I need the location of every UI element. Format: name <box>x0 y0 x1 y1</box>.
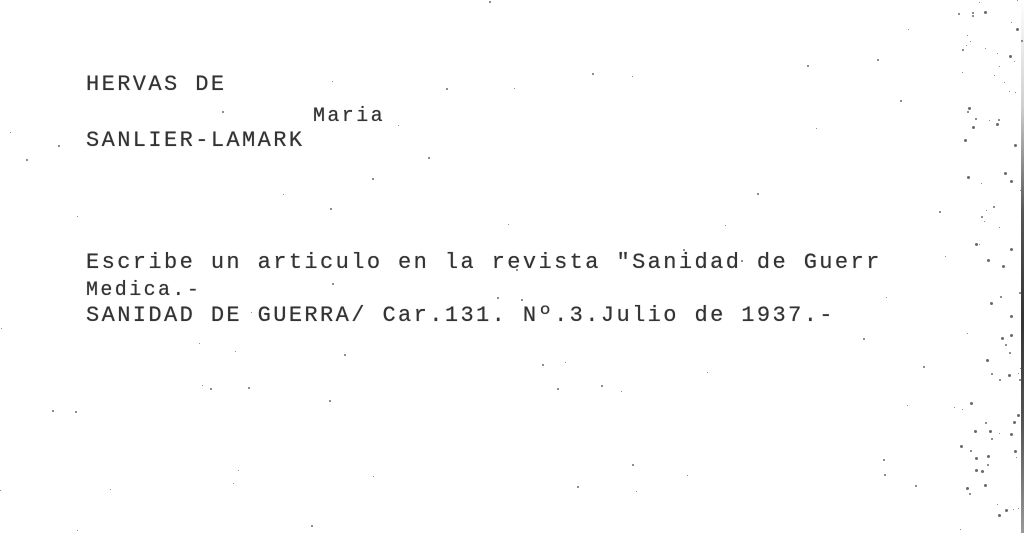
scan-speck <box>994 75 995 76</box>
scan-speck <box>991 373 993 375</box>
scan-speck <box>984 11 987 14</box>
scan-speck <box>621 391 622 392</box>
scan-speck <box>77 216 78 217</box>
scan-speck <box>714 265 715 266</box>
scan-speck <box>311 525 313 527</box>
scan-speck <box>542 364 544 366</box>
scan-speck <box>816 128 817 129</box>
scan-speck <box>632 76 633 77</box>
scan-speck <box>1014 450 1017 453</box>
scan-speck <box>1004 172 1007 175</box>
scan-speck <box>987 464 989 466</box>
scan-speck <box>332 81 333 82</box>
scan-speck <box>984 484 987 487</box>
scan-speck <box>283 194 284 195</box>
entry-line-1: Escribe un articulo en la revista "Sanid… <box>86 252 882 274</box>
scan-speck <box>757 193 759 195</box>
scan-speck <box>998 514 1001 517</box>
scan-speck <box>636 491 637 492</box>
scan-speck <box>954 407 955 408</box>
scan-speck <box>1005 344 1007 346</box>
scan-speck <box>967 35 968 36</box>
scan-speck <box>979 2 980 3</box>
scan-speck <box>1016 28 1019 31</box>
scan-speck <box>1002 265 1005 268</box>
scan-speck <box>967 111 969 113</box>
scan-speck <box>373 476 374 477</box>
scan-speck <box>962 409 963 410</box>
given-name: Maria <box>313 106 385 128</box>
scan-speck <box>497 297 499 299</box>
scan-speck <box>986 359 989 362</box>
scan-speck <box>1 328 2 329</box>
scan-speck <box>997 504 998 505</box>
scan-speck <box>1010 433 1013 436</box>
scan-speck <box>1017 414 1020 417</box>
scan-speck <box>886 297 887 298</box>
scan-speck <box>962 49 964 51</box>
scan-speck <box>981 470 984 473</box>
scan-speck <box>372 178 374 180</box>
scan-speck <box>222 111 224 113</box>
scan-speck <box>990 302 993 305</box>
scan-speck <box>908 29 909 30</box>
scan-speck <box>238 470 239 471</box>
scan-speck <box>601 385 603 387</box>
surname-line-1: HERVAS DE <box>86 74 226 96</box>
scan-speck <box>807 65 809 67</box>
scan-speck <box>970 450 972 452</box>
scan-speck <box>939 211 941 213</box>
scan-speck <box>1011 22 1012 23</box>
scan-speck <box>248 387 250 389</box>
scan-speck <box>985 422 987 424</box>
scan-speck <box>1001 337 1004 340</box>
scan-speck <box>945 256 946 257</box>
scan-speck <box>210 388 212 390</box>
scan-speck <box>907 405 908 406</box>
scan-speck <box>110 489 111 490</box>
scan-speck <box>251 312 252 313</box>
scan-speck <box>966 487 969 490</box>
scan-speck <box>970 41 971 42</box>
scan-speck <box>489 1 491 3</box>
scan-speck <box>1000 296 1002 298</box>
scan-speck <box>1013 421 1016 424</box>
scan-speck <box>986 210 987 211</box>
surname-line-2: SANLIER-LAMARK <box>86 130 304 152</box>
scan-speck <box>1014 144 1017 147</box>
scan-speck <box>683 249 685 251</box>
scan-speck <box>981 216 983 218</box>
scan-speck <box>974 430 977 433</box>
scan-speck <box>446 88 448 90</box>
scan-speck <box>863 338 865 340</box>
scan-speck <box>521 299 523 301</box>
scan-speck <box>235 351 236 352</box>
scan-speck <box>1019 292 1021 294</box>
scan-speck <box>964 139 967 142</box>
scan-speck <box>199 343 200 344</box>
scan-speck <box>557 388 559 390</box>
scan-speck <box>967 176 970 179</box>
scan-speck <box>1016 457 1017 458</box>
scan-speck <box>999 66 1000 67</box>
scan-speck <box>26 159 28 161</box>
scan-speck <box>1010 315 1013 318</box>
scan-speck <box>998 119 1000 121</box>
scan-speck <box>999 379 1001 381</box>
scan-speck <box>900 100 902 102</box>
scan-speck <box>58 145 60 147</box>
scan-speck <box>969 493 971 495</box>
scan-speck <box>1014 61 1015 62</box>
scan-speck <box>52 410 54 412</box>
scan-speck <box>1004 82 1005 83</box>
scan-speck <box>975 243 978 246</box>
scan-speck <box>1020 190 1021 191</box>
entry-line-3: SANIDAD DE GUERRA/ Car.131. Nº.3.Julio d… <box>86 305 835 327</box>
scan-speck <box>962 72 963 73</box>
scan-speck <box>1010 334 1013 337</box>
scan-speck <box>991 438 993 440</box>
scan-speck <box>1013 509 1014 510</box>
archive-index-card: HERVAS DE Maria SANLIER-LAMARK Escribe u… <box>0 0 1024 533</box>
scan-speck <box>877 59 879 61</box>
scan-speck <box>329 400 331 402</box>
scan-speck <box>985 48 986 49</box>
scan-speck <box>707 372 708 373</box>
scan-speck <box>398 125 399 126</box>
scan-speck <box>984 221 985 222</box>
scan-speck <box>972 126 975 129</box>
entry-line-2: Medica.- <box>86 280 201 302</box>
scan-speck <box>970 402 973 405</box>
scan-speck <box>1009 352 1011 354</box>
scan-speck <box>975 457 978 460</box>
scan-speck <box>972 12 974 14</box>
scan-speck <box>981 183 982 184</box>
scan-speck <box>77 530 78 531</box>
scan-speck <box>1008 374 1011 377</box>
scan-speck <box>332 283 334 285</box>
scan-speck <box>997 53 998 54</box>
scan-speck <box>993 206 995 208</box>
scan-speck <box>592 73 594 75</box>
scan-speck <box>960 445 963 448</box>
scan-speck <box>10 132 11 133</box>
scan-speck <box>1020 368 1021 369</box>
scan-speck <box>883 459 885 461</box>
scan-speck <box>577 486 579 488</box>
scan-speck <box>958 13 960 15</box>
scan-speck <box>344 354 346 356</box>
scan-speck <box>1019 379 1021 381</box>
scan-speck <box>725 225 726 226</box>
scan-speck <box>1015 92 1016 93</box>
scan-speck <box>968 107 971 110</box>
scan-speck <box>1021 40 1023 42</box>
scan-speck <box>565 362 566 363</box>
scan-speck <box>202 385 203 386</box>
scan-speck <box>1010 180 1013 183</box>
scan-speck <box>1010 248 1013 251</box>
scan-speck <box>989 120 990 121</box>
scan-speck <box>960 529 961 530</box>
scan-speck <box>0 490 1 491</box>
scan-speck <box>1018 508 1019 509</box>
scan-speck <box>923 366 925 368</box>
scan-speck <box>330 208 332 210</box>
scan-speck <box>999 227 1000 228</box>
scan-speck <box>75 411 77 413</box>
scan-speck <box>1018 373 1019 374</box>
scan-speck <box>966 45 967 46</box>
scan-speck <box>1009 91 1010 92</box>
scan-speck <box>1005 509 1008 512</box>
scan-speck <box>1009 55 1012 58</box>
scan-speck <box>996 123 999 126</box>
scan-speck <box>967 333 968 334</box>
scan-speck <box>884 474 886 476</box>
scan-speck <box>741 260 743 262</box>
scan-speck <box>975 469 978 472</box>
scan-speck <box>987 259 990 262</box>
scan-speck <box>1017 0 1018 1</box>
scan-speck <box>915 485 917 487</box>
scan-speck <box>516 269 518 271</box>
scan-speck <box>508 224 509 225</box>
scan-speck <box>972 15 974 17</box>
scan-speck <box>987 455 990 458</box>
scan-speck <box>428 157 430 159</box>
scan-speck <box>514 88 515 89</box>
scan-speck <box>999 433 1000 434</box>
scan-speck <box>632 464 634 466</box>
scan-speck <box>989 430 992 433</box>
scan-speck <box>979 244 980 245</box>
scan-speck <box>687 475 688 476</box>
scan-speck <box>233 483 234 484</box>
scan-speck <box>975 118 977 120</box>
